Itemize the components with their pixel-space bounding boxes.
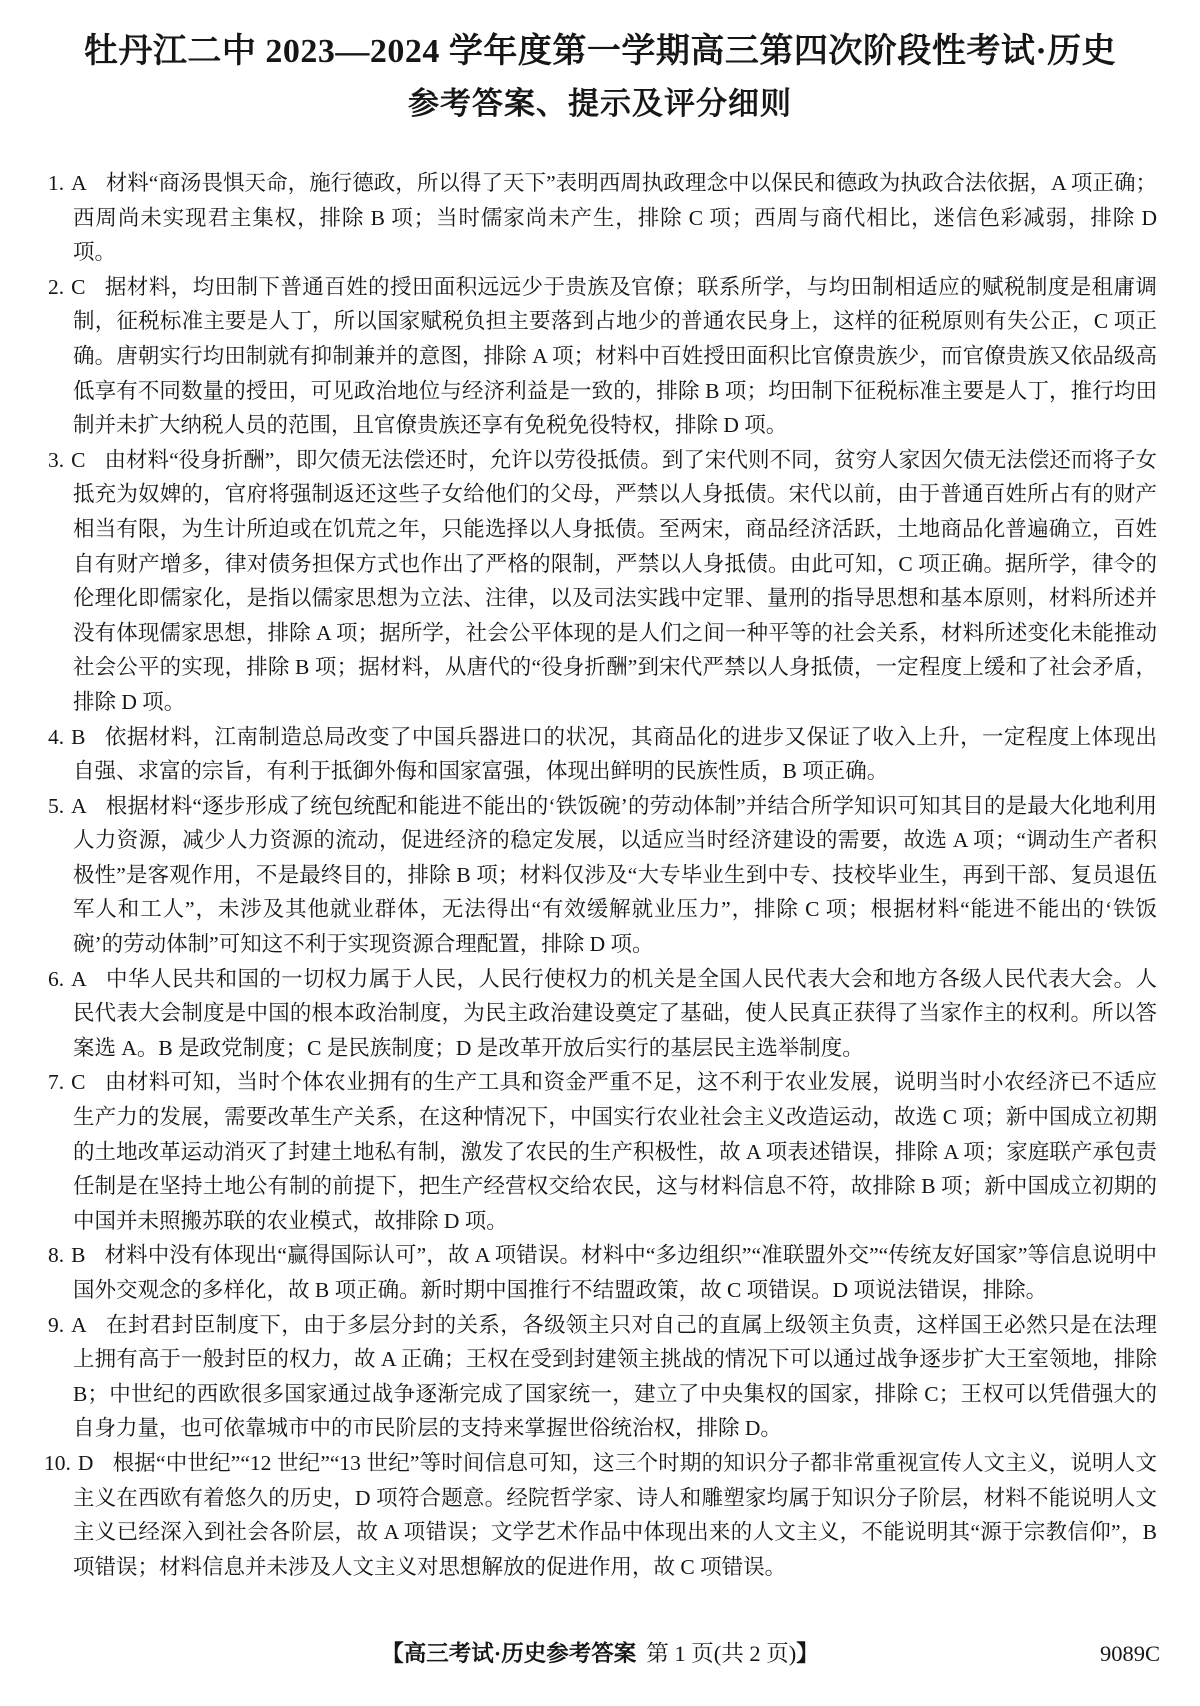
answer-item: 8.B材料中没有体现出“赢得国际认可”，故 A 项错误。材料中“多边组织”“准联… bbox=[48, 1238, 1157, 1307]
answer-item: 10.D根据“中世纪”“12 世纪”“13 世纪”等时间信息可知，这三个时期的知… bbox=[48, 1446, 1157, 1584]
answer-explanation: 材料中没有体现出“赢得国际认可”，故 A 项错误。材料中“多边组织”“准联盟外交… bbox=[73, 1243, 1157, 1302]
answer-item: 7.C由材料可知，当时个体农业拥有的生产工具和资金严重不足，这不利于农业发展，说… bbox=[48, 1065, 1157, 1238]
footer-bracket-open: 【 bbox=[381, 1641, 404, 1666]
answer-item: 9.A在封君封臣制度下，由于多层分封的关系，各级领主只对自己的直属上级领主负责，… bbox=[48, 1308, 1157, 1446]
answer-explanation: 根据“中世纪”“12 世纪”“13 世纪”等时间信息可知，这三个时期的知识分子都… bbox=[73, 1451, 1157, 1579]
answer-item: 4.B依据材料，江南制造总局改变了中国兵器进口的状况，其商品化的进步又保证了收入… bbox=[48, 720, 1157, 789]
page-subtitle: 参考答案、提示及评分细则 bbox=[0, 84, 1200, 124]
page-title: 牡丹江二中 2023—2024 学年度第一学期高三第四次阶段性考试·历史 bbox=[30, 30, 1170, 74]
answer-number: 7. bbox=[48, 1070, 64, 1094]
answer-item: 5.A根据材料“逐步形成了统包统配和能进不能出的‘铁饭碗’的劳动体制”并结合所学… bbox=[48, 789, 1157, 962]
answer-item: 1.A材料“商汤畏惧天命，施行德政，所以得了天下”表明西周执政理念中以保民和德政… bbox=[48, 166, 1157, 270]
answer-choice: C bbox=[71, 1070, 85, 1094]
answer-explanation: 在封君封臣制度下，由于多层分封的关系，各级领主只对自己的直属上级领主负责，这样国… bbox=[73, 1313, 1157, 1441]
answer-explanation: 由材料可知，当时个体农业拥有的生产工具和资金严重不足，这不利于农业发展，说明当时… bbox=[73, 1070, 1157, 1232]
answer-sheet-page: 牡丹江二中 2023—2024 学年度第一学期高三第四次阶段性考试·历史 参考答… bbox=[0, 0, 1200, 1706]
answer-number: 1. bbox=[48, 171, 64, 195]
answer-choice: C bbox=[71, 275, 85, 299]
answer-choice: C bbox=[71, 448, 85, 472]
answer-choice: A bbox=[71, 171, 87, 195]
answer-explanation: 中华人民共和国的一切权力属于人民，人民行使权力的机关是全国人民代表大会和地方各级… bbox=[73, 967, 1157, 1060]
answer-number: 5. bbox=[48, 794, 64, 818]
answer-explanation: 由材料“役身折酬”，即欠债无法偿还时，允许以劳役抵债。到了宋代则不同，贫穷人家因… bbox=[73, 448, 1157, 714]
footer-exam-label: 高三考试·历史参考答案 bbox=[404, 1641, 637, 1666]
answer-number: 4. bbox=[48, 725, 64, 749]
answer-number: 2. bbox=[48, 275, 64, 299]
answer-choice: A bbox=[71, 794, 87, 818]
footer: 【高三考试·历史参考答案第 1 页(共 2 页)】 bbox=[0, 1638, 1200, 1670]
answer-number: 3. bbox=[48, 448, 64, 472]
footer-page-number: 第 1 页(共 2 页) bbox=[646, 1641, 796, 1666]
answer-choice: A bbox=[71, 1313, 87, 1337]
answer-explanation: 材料“商汤畏惧天命，施行德政，所以得了天下”表明西周执政理念中以保民和德政为执政… bbox=[73, 171, 1157, 264]
answer-choice: B bbox=[71, 1243, 85, 1267]
answer-number: 10. bbox=[44, 1451, 71, 1475]
answer-explanation: 依据材料，江南制造总局改变了中国兵器进口的状况，其商品化的进步又保证了收入上升，… bbox=[73, 725, 1157, 784]
answer-explanation: 根据材料“逐步形成了统包统配和能进不能出的‘铁饭碗’的劳动体制”并结合所学知识可… bbox=[73, 794, 1157, 956]
answer-choice: B bbox=[71, 725, 85, 749]
footer-bracket-close: 】 bbox=[796, 1641, 819, 1666]
answer-item: 6.A中华人民共和国的一切权力属于人民，人民行使权力的机关是全国人民代表大会和地… bbox=[48, 962, 1157, 1066]
answer-item: 3.C由材料“役身折酬”，即欠债无法偿还时，允许以劳役抵债。到了宋代则不同，贫穷… bbox=[48, 443, 1157, 720]
answer-explanation: 据材料，均田制下普通百姓的授田面积远远少于贵族及官僚；联系所学，与均田制相适应的… bbox=[73, 275, 1157, 437]
answer-choice: A bbox=[71, 967, 87, 991]
answer-choice: D bbox=[78, 1451, 94, 1475]
answers-list: 1.A材料“商汤畏惧天命，施行德政，所以得了天下”表明西周执政理念中以保民和德政… bbox=[0, 166, 1200, 1584]
paper-code: 9089C bbox=[1100, 1638, 1160, 1670]
answer-number: 9. bbox=[48, 1313, 64, 1337]
answer-number: 6. bbox=[48, 967, 64, 991]
answer-item: 2.C据材料，均田制下普通百姓的授田面积远远少于贵族及官僚；联系所学，与均田制相… bbox=[48, 270, 1157, 443]
answer-number: 8. bbox=[48, 1243, 64, 1267]
